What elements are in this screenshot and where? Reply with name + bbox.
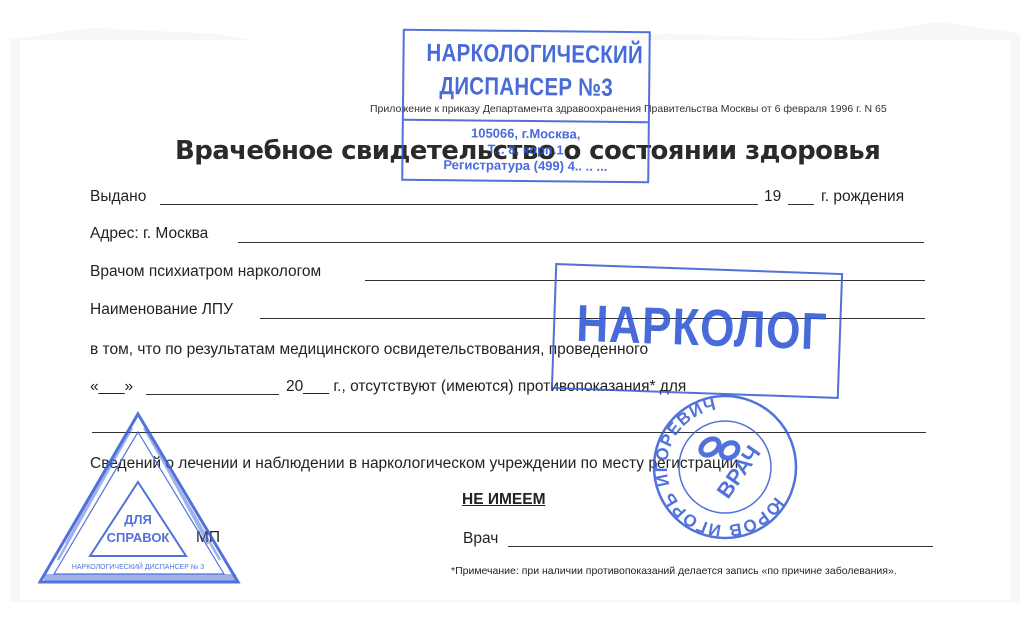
address-label: Адрес: г. Москва	[90, 225, 208, 243]
statement-date-day: «___»	[90, 378, 133, 396]
narcologist-stamp: НАРКОЛОГ	[551, 263, 843, 399]
svg-text:НАРКОЛОГИЧЕСКИЙ ДИСПАНСЕР № 3: НАРКОЛОГИЧЕСКИЙ ДИСПАНСЕР № 3	[72, 562, 204, 571]
svg-text:ДЛЯ: ДЛЯ	[124, 512, 152, 527]
triangle-reference-stamp: ДЛЯ СПРАВОК НАРКОЛОГИЧЕСКИЙ ДИСПАНСЕР № …	[38, 410, 248, 590]
clinic-label: Наименование ЛПУ	[90, 301, 233, 319]
svg-text:СПРАВОК: СПРАВОК	[107, 530, 170, 545]
birth-year-prefix: 19	[764, 188, 781, 206]
dispensary-stamp-name-2: ДИСПАНСЕР №3	[426, 70, 626, 105]
footnote: *Примечание: при наличии противопоказани…	[451, 565, 897, 577]
statement-date-month-field[interactable]	[146, 394, 279, 395]
physician-signature-field[interactable]	[508, 546, 933, 547]
address-field[interactable]	[238, 242, 924, 243]
doctor-round-stamp: ЮРОВ ИГОРЬ ИГОРЕВИЧ ВРАЧ	[650, 392, 800, 542]
birth-year-field[interactable]	[788, 204, 814, 205]
birth-year-suffix: г. рождения	[821, 188, 904, 206]
dispensary-stamp: НАРКОЛОГИЧЕСКИЙ ДИСПАНСЕР №3 105066, г.М…	[401, 29, 651, 184]
narcologist-stamp-text: НАРКОЛОГ	[575, 294, 818, 362]
triangle-stamp-graphic: ДЛЯ СПРАВОК НАРКОЛОГИЧЕСКИЙ ДИСПАНСЕР № …	[38, 410, 248, 590]
treatment-value: НЕ ИМЕЕМ	[462, 491, 545, 509]
svg-text:ЮРОВ ИГОРЬ ИГОРЕВИЧ: ЮРОВ ИГОРЬ ИГОРЕВИЧ	[652, 395, 787, 541]
dispensary-stamp-phone: Регистратура (499) 4.. .. ...	[403, 157, 647, 176]
dispensary-stamp-name-1: НАРКОЛОГИЧЕСКИЙ	[426, 37, 626, 72]
dispensary-stamp-divider	[404, 119, 648, 124]
issued-to-label: Выдано	[90, 188, 146, 206]
round-stamp-graphic: ЮРОВ ИГОРЬ ИГОРЕВИЧ ВРАЧ	[650, 392, 800, 542]
physician-label: Врач	[463, 530, 498, 548]
issued-to-field[interactable]	[160, 204, 758, 205]
doctor-label: Врачом психиатром наркологом	[90, 263, 321, 281]
